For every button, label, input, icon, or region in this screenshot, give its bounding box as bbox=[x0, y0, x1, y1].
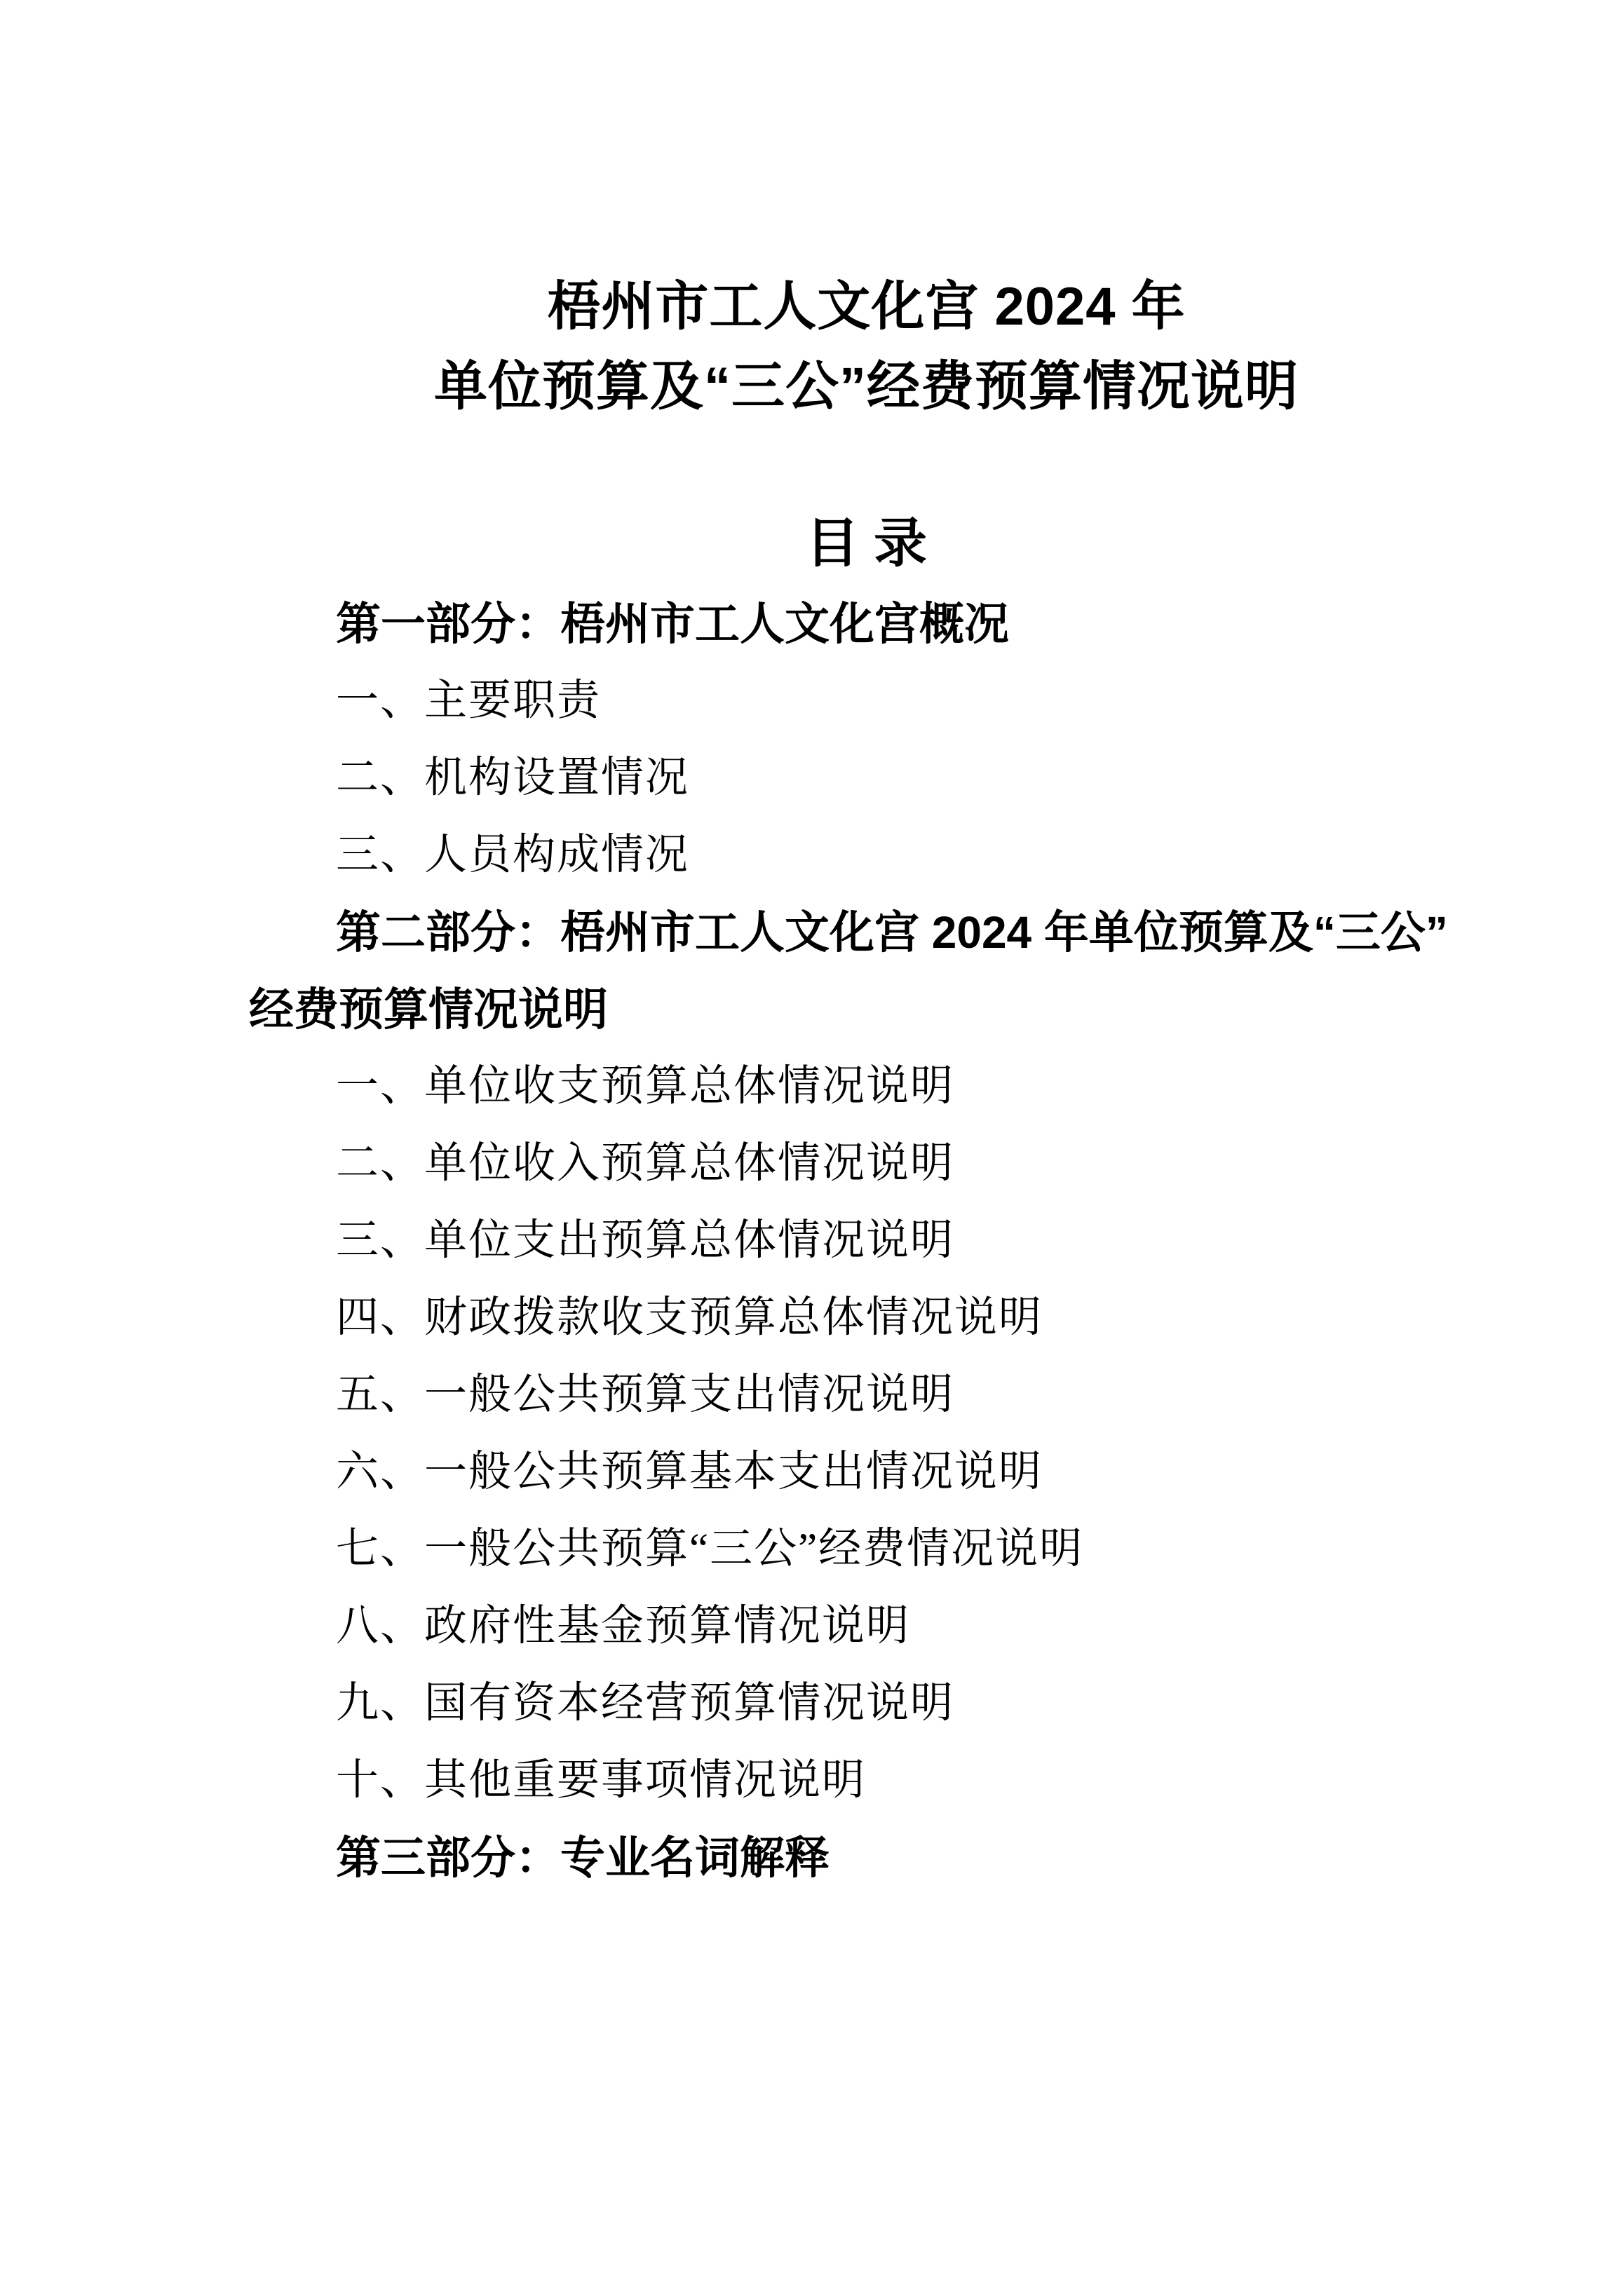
toc-item-part1-2: 二、机构设置情况 bbox=[249, 740, 1484, 817]
toc-item-part1-3: 三、人员构成情况 bbox=[249, 817, 1484, 894]
document-title-line-1: 梧州市工人文化宫 2024 年 bbox=[249, 266, 1484, 347]
toc-item-part2-6: 六、一般公共预算基本支出情况说明 bbox=[249, 1434, 1484, 1511]
document-text-block: 梧州市工人文化宫 2024 年 单位预算及“三公”经费预算情况说明 目 录 第一… bbox=[249, 0, 1484, 2296]
toc-part-3-heading: 第三部分：专业名词解释 bbox=[249, 1819, 1484, 1896]
toc-item-part2-10: 十、其他重要事项情况说明 bbox=[249, 1742, 1484, 1819]
toc-item-part2-4: 四、财政拨款收支预算总体情况说明 bbox=[249, 1279, 1484, 1357]
toc-heading: 目 录 bbox=[249, 503, 1484, 584]
toc-part-2-heading-line-1: 第二部分：梧州市工人文化宫 2024 年单位预算及“三公” bbox=[249, 894, 1484, 971]
toc-item-part2-3: 三、单位支出预算总体情况说明 bbox=[249, 1202, 1484, 1279]
toc-item-part2-1: 一、单位收支预算总体情况说明 bbox=[249, 1048, 1484, 1125]
toc-item-part2-5: 五、一般公共预算支出情况说明 bbox=[249, 1357, 1484, 1434]
document-title-line-2: 单位预算及“三公”经费预算情况说明 bbox=[249, 346, 1484, 427]
toc-item-part2-2: 二、单位收入预算总体情况说明 bbox=[249, 1125, 1484, 1202]
toc-item-part2-9: 九、国有资本经营预算情况说明 bbox=[249, 1665, 1484, 1742]
toc-item-part2-7: 七、一般公共预算“三公”经费情况说明 bbox=[249, 1511, 1484, 1588]
toc-part-1-heading: 第一部分：梧州市工人文化宫概况 bbox=[249, 585, 1484, 663]
toc-item-part1-1: 一、主要职责 bbox=[249, 663, 1484, 740]
toc-part-2-heading-line-2: 经费预算情况说明 bbox=[249, 971, 1484, 1048]
document-page: 梧州市工人文化宫 2024 年 单位预算及“三公”经费预算情况说明 目 录 第一… bbox=[0, 0, 1624, 2296]
toc-item-part2-8: 八、政府性基金预算情况说明 bbox=[249, 1588, 1484, 1665]
